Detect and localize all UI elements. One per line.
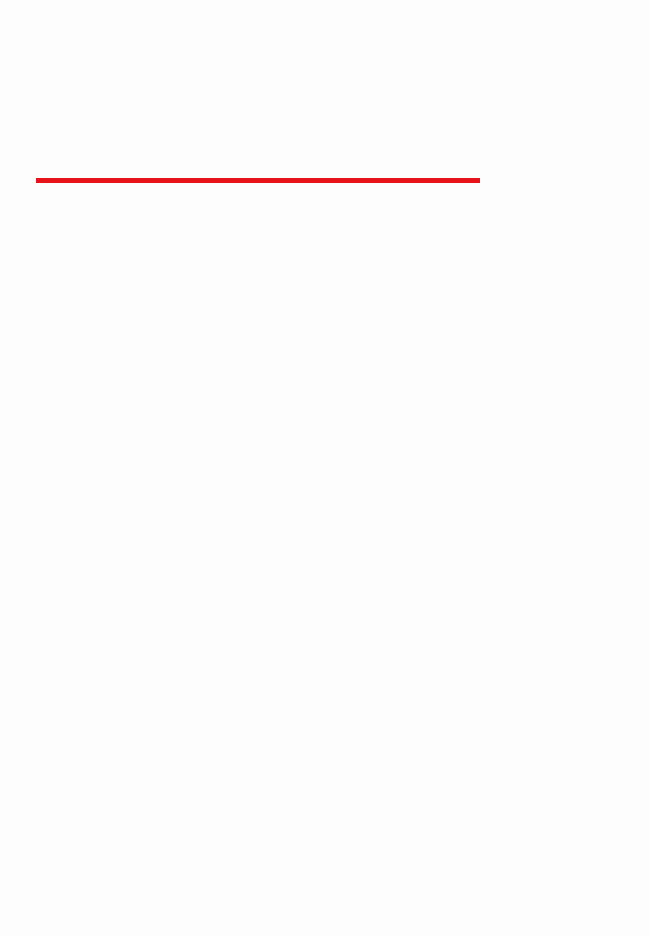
document-page (0, 0, 650, 936)
header-rule (36, 178, 479, 183)
